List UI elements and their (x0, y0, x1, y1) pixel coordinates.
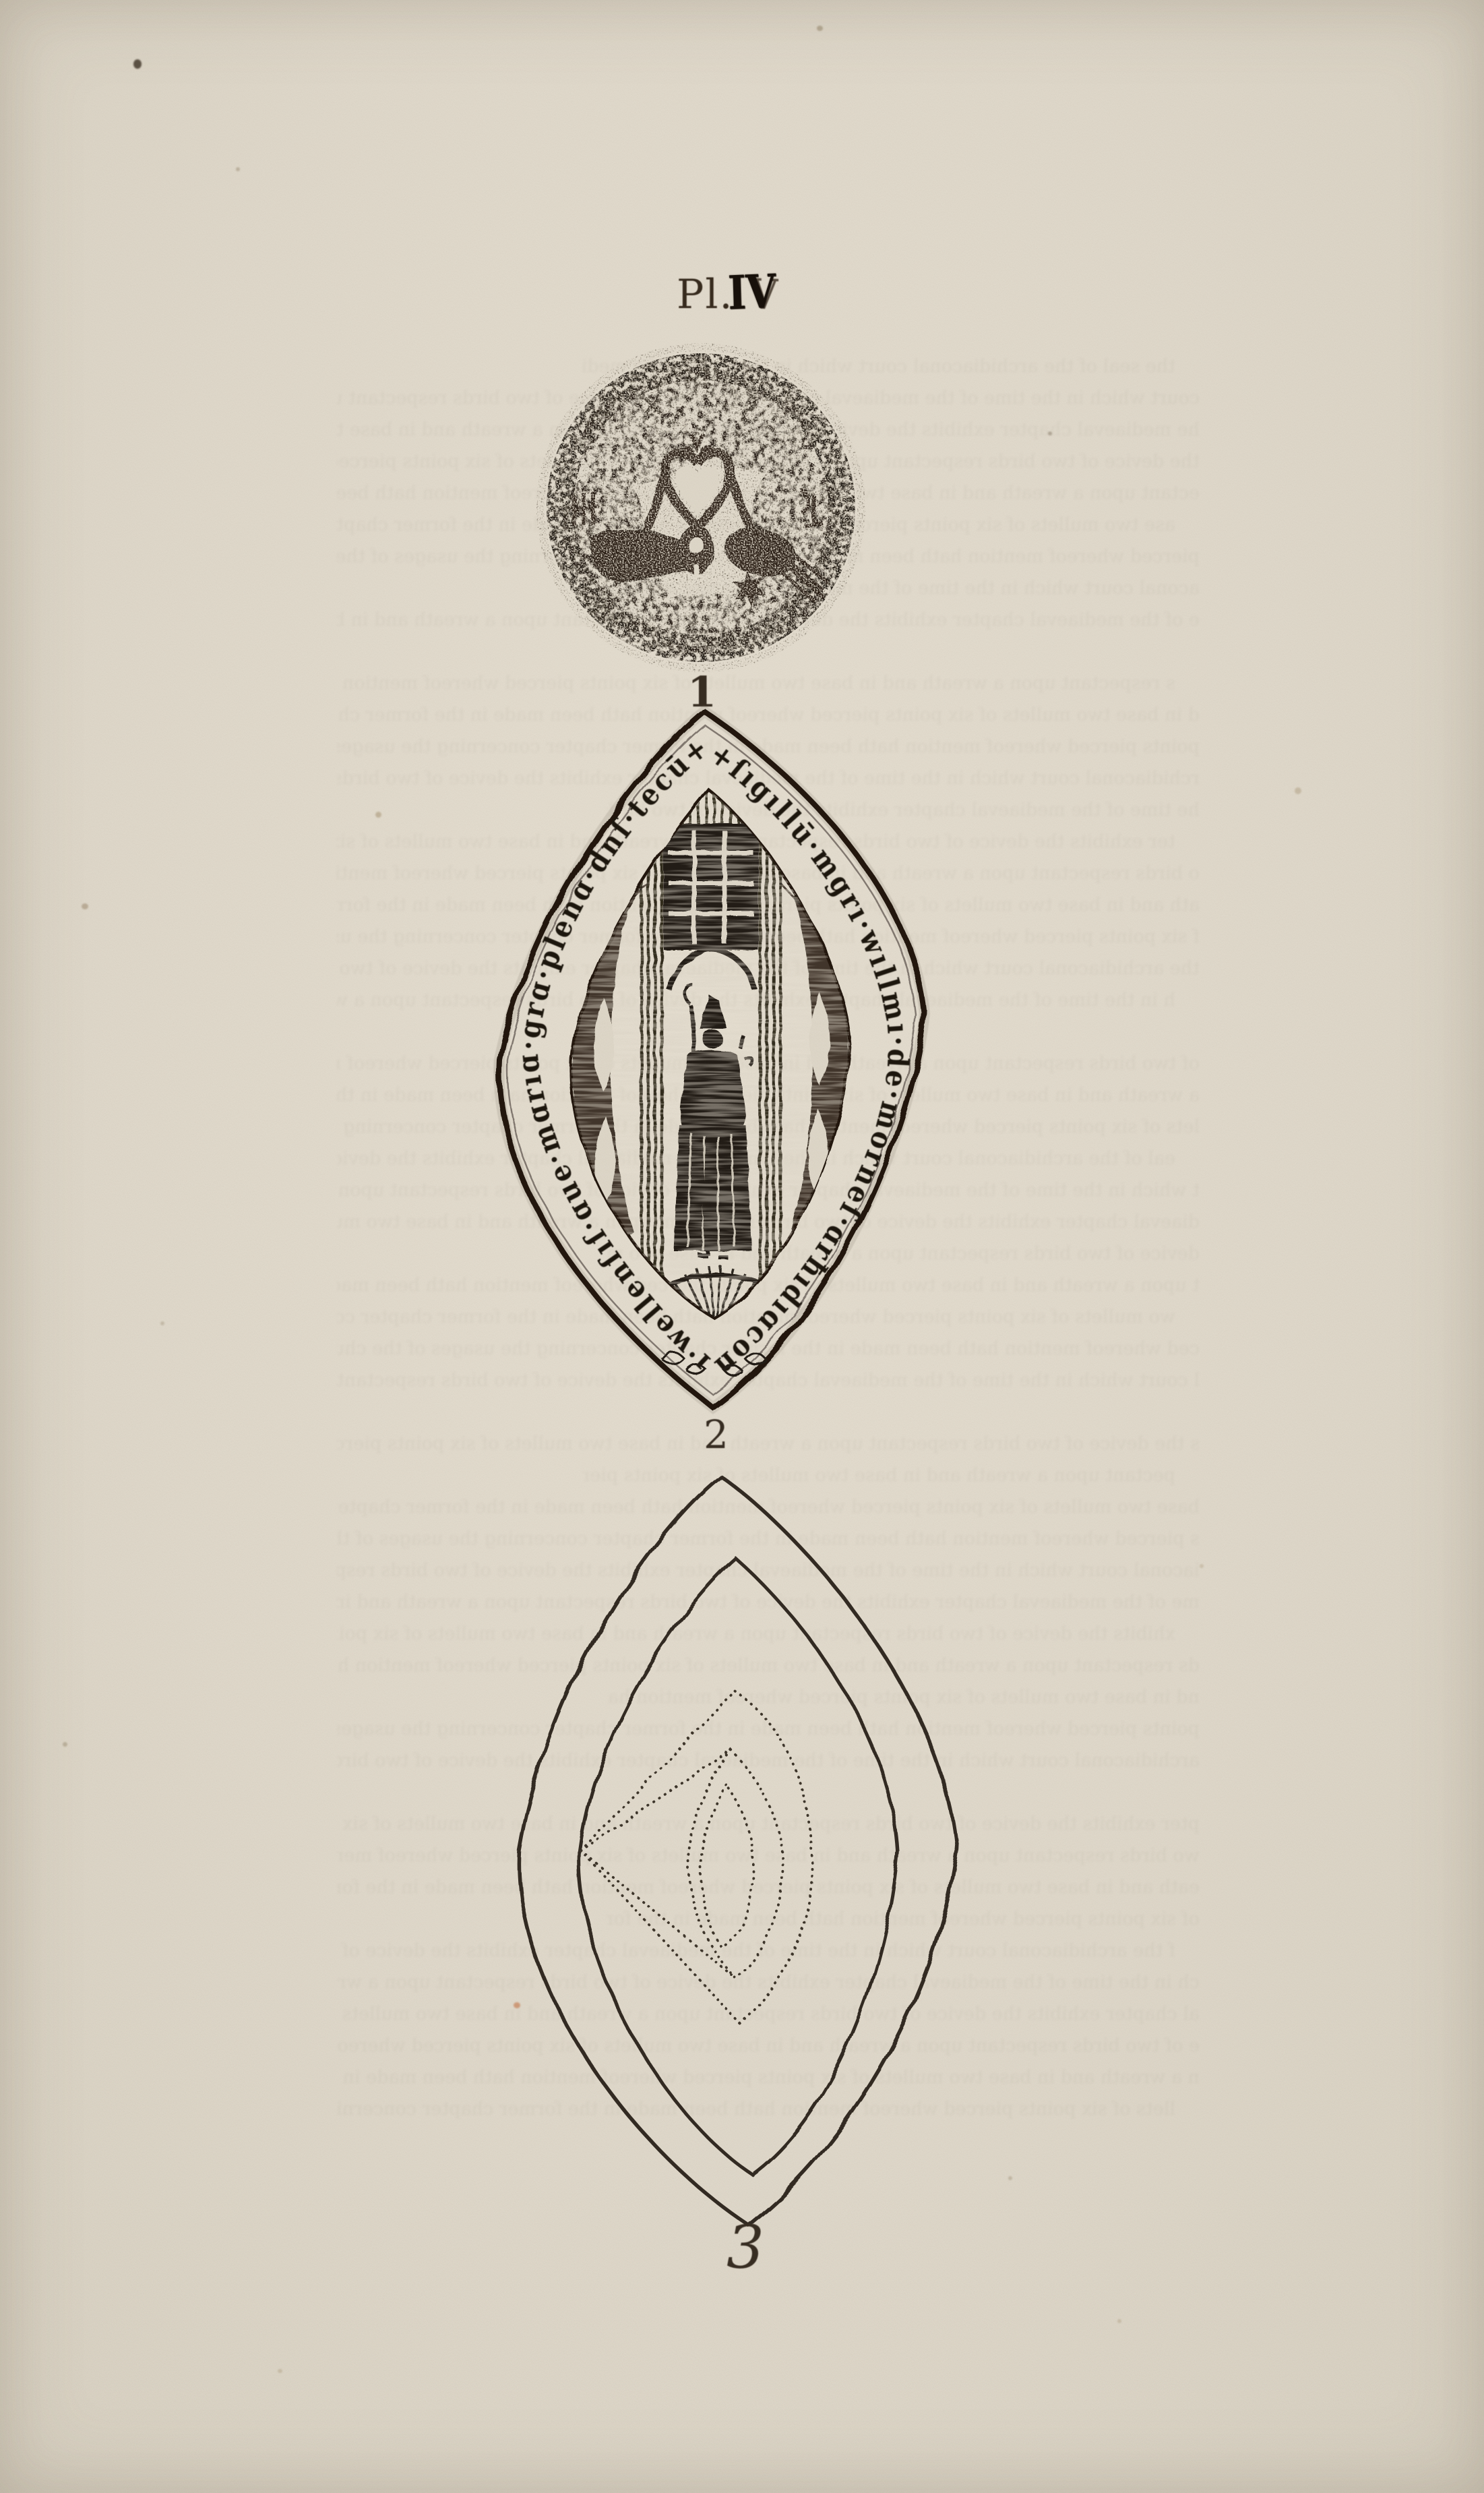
foxing-speck (160, 1321, 164, 1325)
foxing-speck (1117, 2319, 1121, 2323)
foxing-speck (236, 167, 240, 171)
foxing-speck (817, 26, 823, 31)
foxing-speck (1295, 787, 1301, 794)
foxing-speck (82, 903, 88, 909)
foxing-speck (1048, 431, 1052, 435)
foxing-speck (1008, 2176, 1012, 2180)
paper-grain-overlay (0, 0, 1484, 2493)
foxing-speck (63, 1742, 67, 1747)
foxing-speck (278, 2369, 282, 2373)
foxing-speck (1200, 1564, 1204, 1568)
foxing-speck (133, 59, 142, 69)
foxing-speck (375, 812, 381, 818)
scanned-page: the seal of the archidiaconal court whic… (0, 0, 1484, 2493)
foxing-speck (514, 2002, 520, 2008)
